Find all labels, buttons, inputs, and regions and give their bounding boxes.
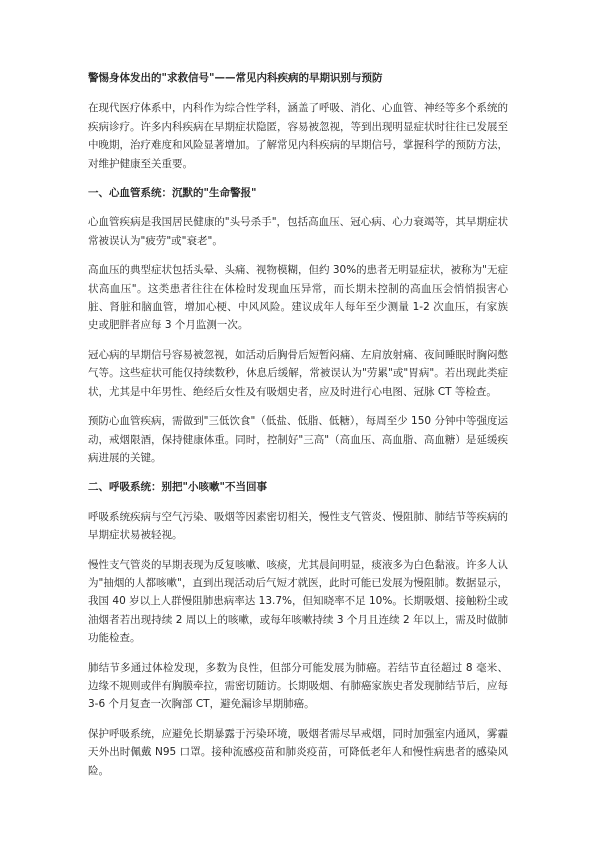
paragraph: 保护呼吸系统，应避免长期暴露于污染环境，吸烟者需尽早戒烟，同时加强室内通风，雾霾…	[88, 725, 508, 780]
paragraph: 呼吸系统疾病与空气污染、吸烟等因素密切相关，慢性支气管炎、慢阻肺、肺结节等疾病的…	[88, 508, 508, 545]
paragraph: 高血压的典型症状包括头晕、头痛、视物模糊，但约 30%的患者无明显症状，被称为"…	[88, 261, 508, 335]
section-heading-cardiovascular: 一、心血管系统：沉默的"生命警报"	[88, 184, 508, 202]
paragraph: 冠心病的早期信号容易被忽视，如活动后胸骨后短暂闷痛、左肩放射痛、夜间睡眠时胸闷憋…	[88, 346, 508, 401]
section-heading-respiratory: 二、呼吸系统：别把"小咳嗽"不当回事	[88, 478, 508, 496]
paragraph: 肺结节多通过体检发现，多数为良性，但部分可能发展为肺癌。若结节直径超过 8 毫米…	[88, 659, 508, 714]
paragraph: 心血管疾病是我国居民健康的"头号杀手"，包括高血压、冠心病、心力衰竭等，其早期症…	[88, 213, 508, 250]
intro-paragraph: 在现代医疗体系中，内科作为综合性学科，涵盖了呼吸、消化、心血管、神经等多个系统的…	[88, 99, 508, 173]
paragraph: 预防心血管疾病，需做到"三低饮食"（低盐、低脂、低糖），每周至少 150 分钟中…	[88, 412, 508, 467]
section-respiratory: 二、呼吸系统：别把"小咳嗽"不当回事 呼吸系统疾病与空气污染、吸烟等因素密切相关…	[88, 478, 508, 780]
document-page: 警惕身体发出的"求救信号"——常见内科疾病的早期识别与预防 在现代医疗体系中，内…	[0, 0, 595, 841]
section-cardiovascular: 一、心血管系统：沉默的"生命警报" 心血管疾病是我国居民健康的"头号杀手"，包括…	[88, 184, 508, 467]
document-title: 警惕身体发出的"求救信号"——常见内科疾病的早期识别与预防	[88, 69, 508, 87]
paragraph: 慢性支气管炎的早期表现为反复咳嗽、咳痰，尤其晨间明显，痰液多为白色黏液。许多人认…	[88, 556, 508, 648]
